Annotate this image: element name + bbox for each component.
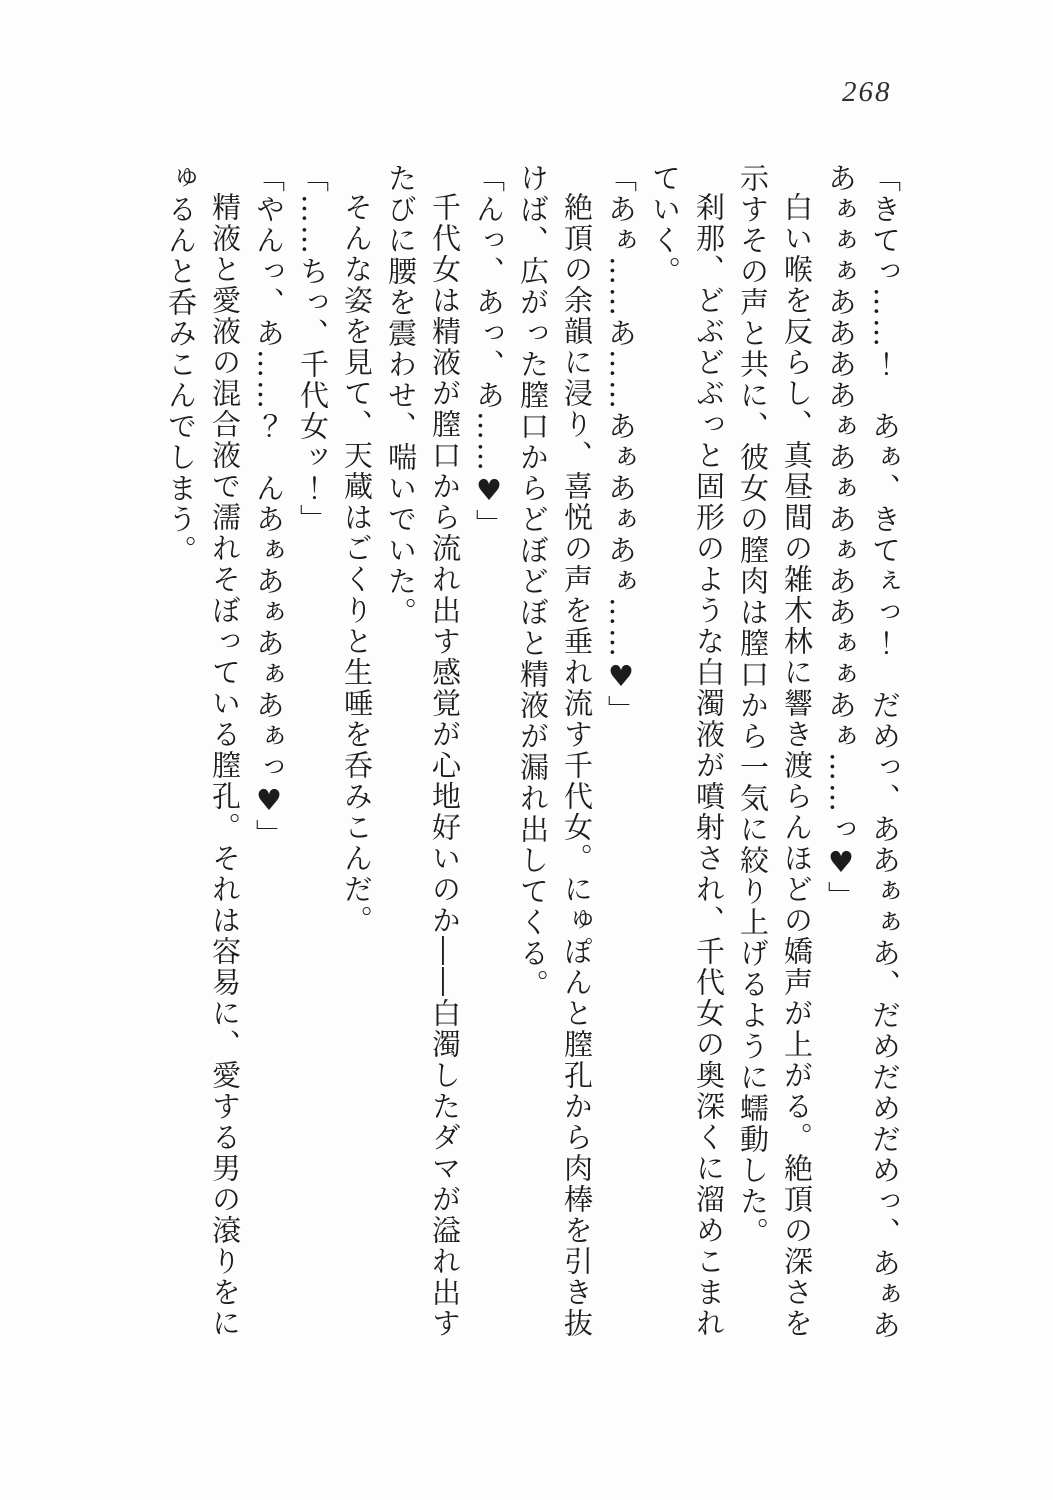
text-line: 「やんっ、あ……？ んあぁあぁあぁあぁっ♥」: [247, 163, 291, 1348]
text-line: 「あぁ……あ……あぁあぁあぁ……♥」: [599, 163, 643, 1348]
text-line: そんな姿を見て、天蔵はごくりと生唾を呑みこんだ。: [335, 163, 379, 1348]
text-line: 絶頂の余韻に浸り、喜悦の声を垂れ流す千代女。にゅぽんと膣孔から肉棒を引き抜: [555, 163, 599, 1348]
text-line: 精液と愛液の混合液で濡れそぼっている膣孔。それは容易に、愛する男の滾りをに: [203, 163, 247, 1348]
text-line: 刹那、どぶどぶっと固形のような白濁液が噴射され、千代女の奥深くに溜めこまれ: [687, 163, 731, 1348]
text-line: 「きてっ……！ あぁ、きてぇっ！ だめっ、ああぁぁあ、だめだめだめっ、あぁあ: [863, 163, 907, 1348]
book-page: 268 「きてっ……！ あぁ、きてぇっ！ だめっ、ああぁぁあ、だめだめだめっ、あ…: [0, 0, 1053, 1500]
text-line: 「……ちっ、千代女ッ！」: [291, 163, 335, 1348]
text-line: ていく。: [643, 163, 687, 1348]
text-line: 示すその声と共に、彼女の膣肉は膣口から一気に絞り上げるように蠕動した。: [731, 163, 775, 1348]
text-line: ゅるんと呑みこんでしまう。: [159, 163, 203, 1348]
page-number: 268: [842, 76, 892, 109]
text-line: 白い喉を反らし、真昼間の雑木林に響き渡らんほどの嬌声が上がる。絶頂の深さを: [775, 163, 819, 1348]
vertical-text-block: 「きてっ……！ あぁ、きてぇっ！ だめっ、ああぁぁあ、だめだめだめっ、あぁあ あ…: [159, 163, 907, 1348]
text-line: 「んっ、あっ、あ……♥」: [467, 163, 511, 1348]
text-line: たびに腰を震わせ、喘いでいた。: [379, 163, 423, 1348]
text-line: 千代女は精液が膣口から流れ出す感覚が心地好いのか――白濁したダマが溢れ出す: [423, 163, 467, 1348]
text-line: けば、広がった膣口からどぼどぼと精液が漏れ出してくる。: [511, 163, 555, 1348]
text-line: あぁぁぁああああぁあぁあぁああぁぁあぁ……っ♥」: [819, 163, 863, 1348]
